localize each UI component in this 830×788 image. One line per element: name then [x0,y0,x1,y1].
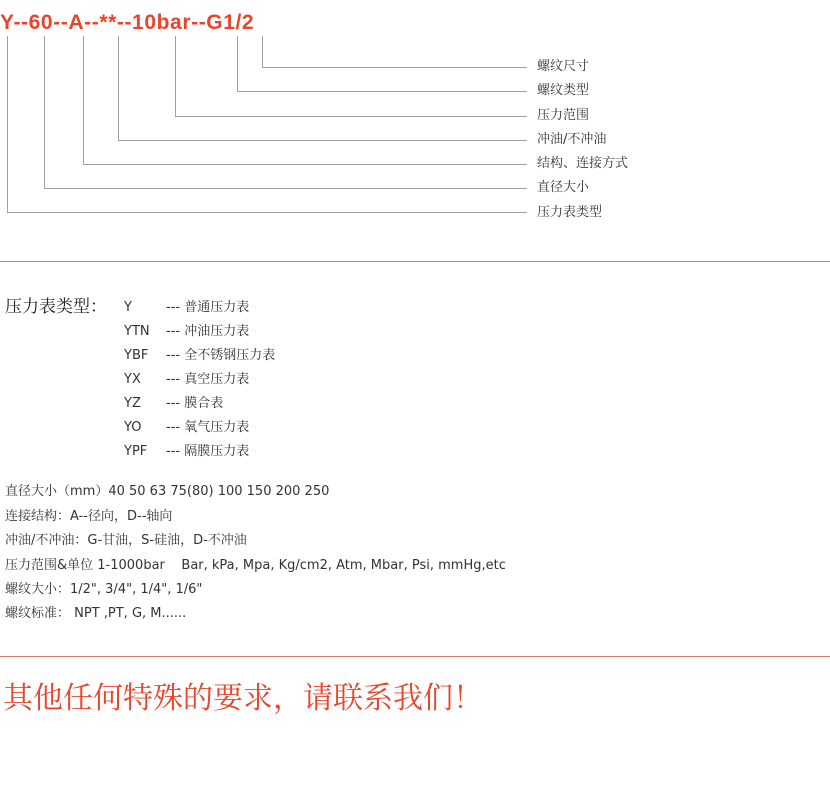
type-desc: --- 全不锈钢压力表 [166,348,275,363]
spec-pressure-range: 压力范围&单位 1-1000bar Bar, kPa, Mpa, Kg/cm2,… [5,558,506,574]
spec-thread-size: 螺纹大小：1/2", 3/4", 1/4", 1/6" [5,582,202,598]
type-desc: --- 隔膜压力表 [166,444,249,459]
type-row: Y--- 普通压力表 [124,300,249,316]
spec-diameter: 直径大小（mm）40 50 63 75(80) 100 150 200 250 [5,484,329,500]
model-code: Y--60--A--**--10bar--G1/2 [0,10,254,36]
label-diameter: 直径大小 [537,180,589,196]
type-row: YZ--- 膜合表 [124,396,223,412]
spec-thread-standard: 螺纹标准： NPT ,PT, G, M...... [5,606,186,622]
label-thread-type: 螺纹类型 [537,83,589,99]
type-desc: --- 膜合表 [166,396,223,411]
spec-connection: 连接结构：A--径向，D--轴向 [5,509,172,525]
label-thread-size: 螺纹尺寸 [537,59,589,75]
label-gauge-type: 压力表类型 [537,205,602,221]
type-code: YO [124,420,166,436]
type-code: YPF [124,444,166,460]
label-pressure-range: 压力范围 [537,108,589,124]
type-row: YTN--- 冲油压力表 [124,324,249,340]
label-connection: 结构、连接方式 [537,156,628,172]
type-code: YBF [124,348,166,364]
type-row: YBF--- 全不锈钢压力表 [124,348,275,364]
types-title: 压力表类型： [5,296,107,318]
type-code: YZ [124,396,166,412]
type-desc: --- 普通压力表 [166,300,249,315]
type-desc: --- 真空压力表 [166,372,249,387]
type-row: YPF--- 隔膜压力表 [124,444,249,460]
divider-bottom [0,656,830,657]
type-row: YO--- 氧气压力表 [124,420,249,436]
label-oil-fill: 冲油/不冲油 [537,132,606,148]
type-code: YTN [124,324,166,340]
type-row: YX--- 真空压力表 [124,372,249,388]
type-code: Y [124,300,166,316]
spec-oil-fill: 冲油/不冲油：G-甘油，S-硅油，D-不冲油 [5,533,247,549]
type-code: YX [124,372,166,388]
contact-message: 其他任何特殊的要求，请联系我们！ [3,681,483,717]
divider-top [0,261,830,262]
type-desc: --- 冲油压力表 [166,324,249,339]
type-desc: --- 氧气压力表 [166,420,249,435]
